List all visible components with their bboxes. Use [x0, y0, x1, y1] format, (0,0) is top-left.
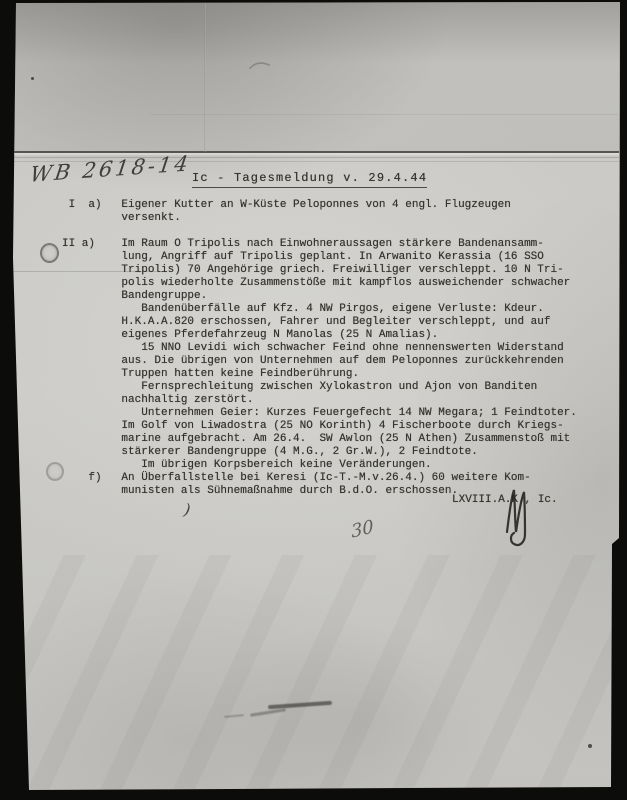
pencil-curve-mark-icon [248, 58, 272, 72]
document-title: Ic - Tagesmeldung v. 29.4.44 [192, 171, 427, 188]
scanned-photo-frame: WB 2618-14 Ic - Tagesmeldung v. 29.4.44 … [0, 0, 627, 800]
paper-shading-top [0, 0, 627, 152]
hole-punch-top [40, 243, 59, 263]
document-page: WB 2618-14 Ic - Tagesmeldung v. 29.4.44 … [0, 0, 627, 800]
vertical-fold-crease [204, 2, 206, 152]
paper-streaks-lower [13, 555, 613, 790]
faint-crease-upper [150, 114, 618, 115]
handwritten-signature-paraph-icon [501, 486, 535, 552]
report-body-text: I a) Eigener Kutter an W-Küste Peloponne… [62, 199, 577, 498]
handwritten-page-number: 30 [350, 516, 374, 543]
paper-speck [588, 744, 592, 748]
handwritten-bracket-mark: ) [182, 500, 191, 520]
paper-speck [31, 77, 34, 80]
